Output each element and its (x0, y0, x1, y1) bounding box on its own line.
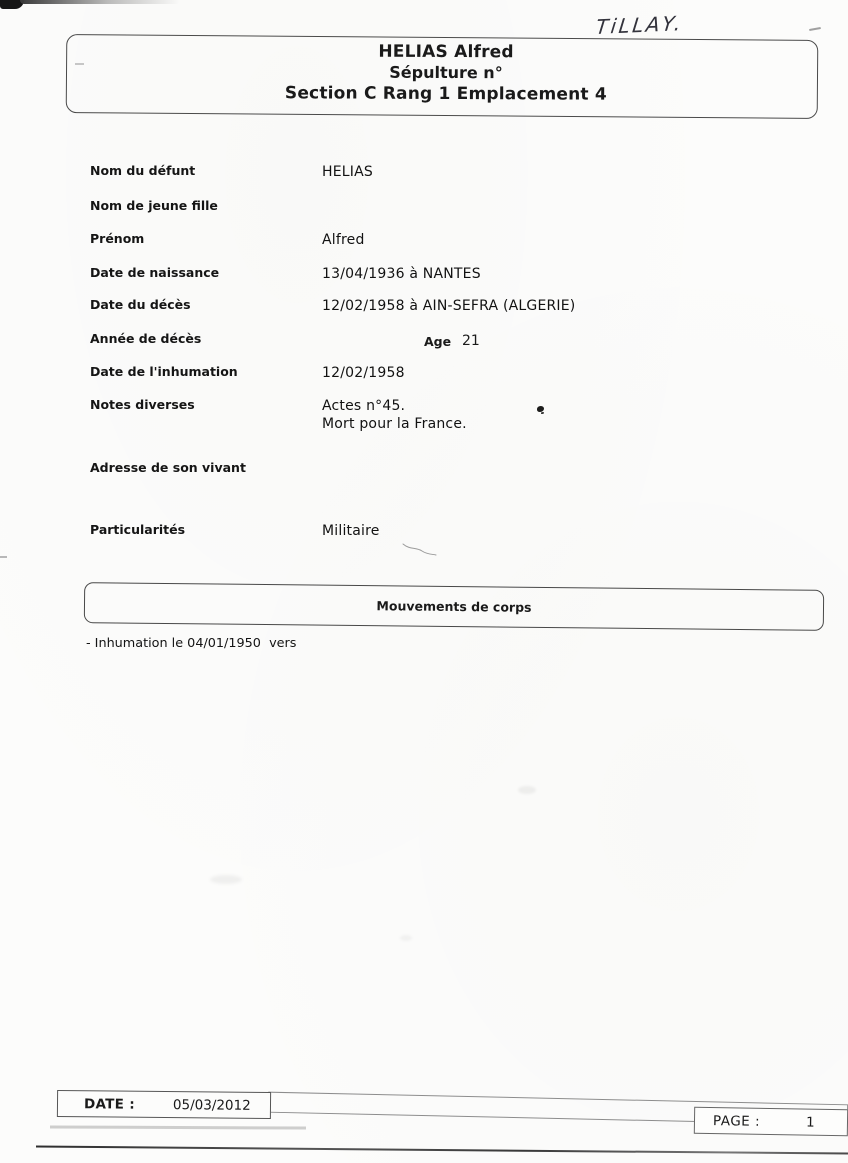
page-label: PAGE : (713, 1113, 760, 1130)
scan-smudge (210, 875, 242, 884)
field-value: Alfred (322, 232, 365, 248)
scan-speck (537, 406, 544, 412)
scan-mark (0, 556, 7, 558)
scan-smudge (400, 935, 412, 941)
movements-box: Mouvements de corps (84, 582, 824, 631)
field-value: HELIAS (322, 164, 373, 180)
scan-smudge (518, 786, 536, 794)
scan-edge-artifact (20, 0, 180, 4)
movement-entry: - Inhumation le 04/01/1950 vers (86, 636, 296, 651)
field-label: Année de décès (90, 331, 201, 346)
handwritten-annotation: TiLLAY. (595, 11, 685, 39)
field-label: Date de l'inhumation (90, 364, 238, 379)
field-label: Nom de jeune fille (90, 198, 218, 213)
field-label: Prénom (90, 231, 144, 246)
field-label: Particularités (90, 522, 185, 537)
scan-edge-artifact (36, 1145, 848, 1154)
age-value: 21 (462, 333, 480, 349)
field-label: Date du décès (90, 297, 191, 312)
field-label: Nom du défunt (90, 163, 195, 178)
page-number: 1 (806, 1114, 815, 1130)
field-value: 12/02/1958 à AIN-SEFRA (ALGERIE) (322, 298, 575, 314)
field-value: Militaire (322, 523, 380, 539)
field-value: Mort pour la France. (322, 416, 467, 432)
sepulture-number-title: Sépulture n° (66, 61, 826, 83)
scanned-burial-record-page: TiLLAY. HELIAS Alfred Sépulture n° Secti… (0, 0, 848, 1163)
date-label: DATE : (84, 1096, 135, 1112)
date-value: 05/03/2012 (173, 1097, 251, 1114)
date-box: DATE : 05/03/2012 (57, 1090, 271, 1119)
field-label: Notes diverses (90, 397, 195, 412)
age-label: Age (424, 334, 451, 349)
scan-mark (809, 27, 821, 31)
plot-location-title: Section C Rang 1 Emplacement 4 (66, 82, 826, 105)
field-value: Actes n°45. (322, 398, 405, 414)
field-value: 12/02/1958 (322, 365, 405, 381)
field-label: Adresse de son vivant (90, 460, 246, 475)
header-text: HELIAS Alfred Sépulture n° Section C Ran… (66, 40, 826, 105)
field-label: Date de naissance (90, 265, 219, 280)
movements-title: Mouvements de corps (376, 598, 531, 615)
scan-squiggle (402, 541, 438, 559)
scan-streak (50, 1125, 306, 1129)
page-box: PAGE : 1 (694, 1107, 848, 1136)
deceased-name-title: HELIAS Alfred (66, 40, 826, 63)
field-value: 13/04/1936 à NANTES (322, 266, 481, 282)
